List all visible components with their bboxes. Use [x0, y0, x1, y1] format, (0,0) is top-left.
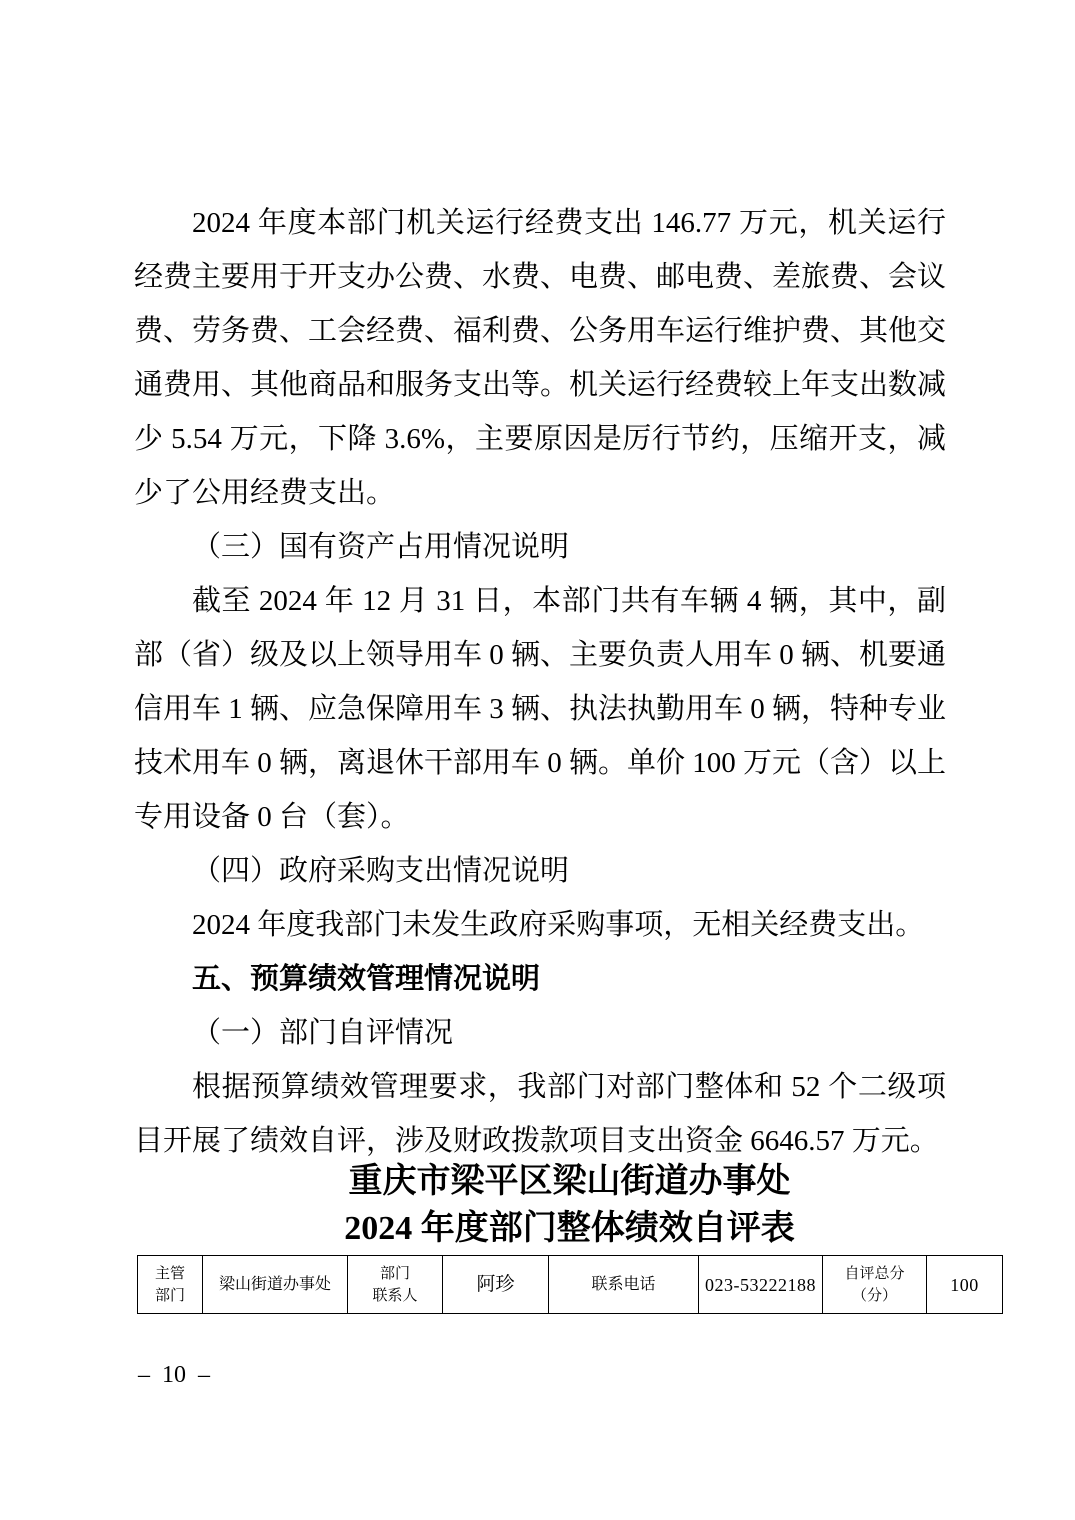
phone-value: 023-53222188 — [705, 1274, 816, 1296]
paragraph-line: 技术用车 0 辆，离退休干部用车 0 辆。单价 100 万元（含）以上 — [134, 736, 946, 790]
cell-phone-value: 023-53222188 — [699, 1256, 823, 1314]
page-number: – 10 – — [138, 1361, 210, 1389]
cell-contact-person-value: 阿珍 — [443, 1256, 549, 1314]
phone-label: 联系电话 — [591, 1274, 655, 1296]
cell-score-label: 自评总分 （分） — [823, 1256, 927, 1314]
paragraph-line: 2024 年度我部门未发生政府采购事项，无相关经费支出。 — [134, 898, 946, 952]
heading-gov-procurement: （四）政府采购支出情况说明 — [134, 844, 946, 898]
heading-budget-performance: 五、预算绩效管理情况说明 — [134, 952, 946, 1006]
cell-phone-label: 联系电话 — [549, 1256, 699, 1314]
paragraph-line: 信用车 1 辆、应急保障用车 3 辆、执法执勤用车 0 辆，特种专业 — [134, 682, 946, 736]
cell-competent-dept-value: 梁山街道办事处 — [203, 1256, 348, 1314]
contact-person-value: 阿珍 — [476, 1274, 514, 1296]
self-evaluation-table: 主管 部门 梁山街道办事处 部门 联系人 阿珍 联系电话 023-5322218… — [137, 1255, 1003, 1314]
cell-score-value: 100 — [927, 1256, 1003, 1314]
cell-competent-dept-label: 主管 部门 — [138, 1256, 203, 1314]
heading-self-evaluation: （一）部门自评情况 — [134, 1006, 946, 1060]
paragraph-line: 少了公用经费支出。 — [134, 466, 946, 520]
table-title-year: 2024 年度部门整体绩效自评表 — [137, 1205, 1002, 1252]
document-body: 2024 年度本部门机关运行经费支出 146.77 万元，机关运行 经费主要用于… — [134, 196, 946, 1314]
heading-state-assets: （三）国有资产占用情况说明 — [134, 520, 946, 574]
paragraph-line: 部（省）级及以上领导用车 0 辆、主要负责人用车 0 辆、机要通 — [134, 628, 946, 682]
contact-person-label: 部门 联系人 — [372, 1263, 417, 1307]
competent-dept-value: 梁山街道办事处 — [219, 1274, 331, 1296]
table-title-block: 重庆市梁平区梁山街道办事处 2024 年度部门整体绩效自评表 — [137, 1158, 1002, 1252]
paragraph-line: 通费用、其他商品和服务支出等。机关运行经费较上年支出数减 — [134, 358, 946, 412]
score-value: 100 — [950, 1274, 979, 1296]
paragraph-line: 截至 2024 年 12 月 31 日，本部门共有车辆 4 辆，其中，副 — [134, 574, 946, 628]
paragraph-line: 少 5.54 万元，下降 3.6%，主要原因是厉行节约，压缩开支，减 — [134, 412, 946, 466]
paragraph-line: 2024 年度本部门机关运行经费支出 146.77 万元，机关运行 — [134, 196, 946, 250]
paragraph-line: 根据预算绩效管理要求，我部门对部门整体和 52 个二级项 — [134, 1060, 946, 1114]
paragraph-line: 专用设备 0 台（套）。 — [134, 790, 946, 844]
table-row: 主管 部门 梁山街道办事处 部门 联系人 阿珍 联系电话 023-5322218… — [138, 1256, 1003, 1314]
paragraph-line: 费、劳务费、工会经费、福利费、公务用车运行维护费、其他交 — [134, 304, 946, 358]
paragraph-line: 经费主要用于开支办公费、水费、电费、邮电费、差旅费、会议 — [134, 250, 946, 304]
competent-dept-label: 主管 部门 — [155, 1263, 185, 1307]
cell-contact-person-label: 部门 联系人 — [348, 1256, 443, 1314]
document-page: 2024 年度本部门机关运行经费支出 146.77 万元，机关运行 经费主要用于… — [0, 0, 1075, 1520]
score-label: 自评总分 （分） — [844, 1263, 904, 1307]
